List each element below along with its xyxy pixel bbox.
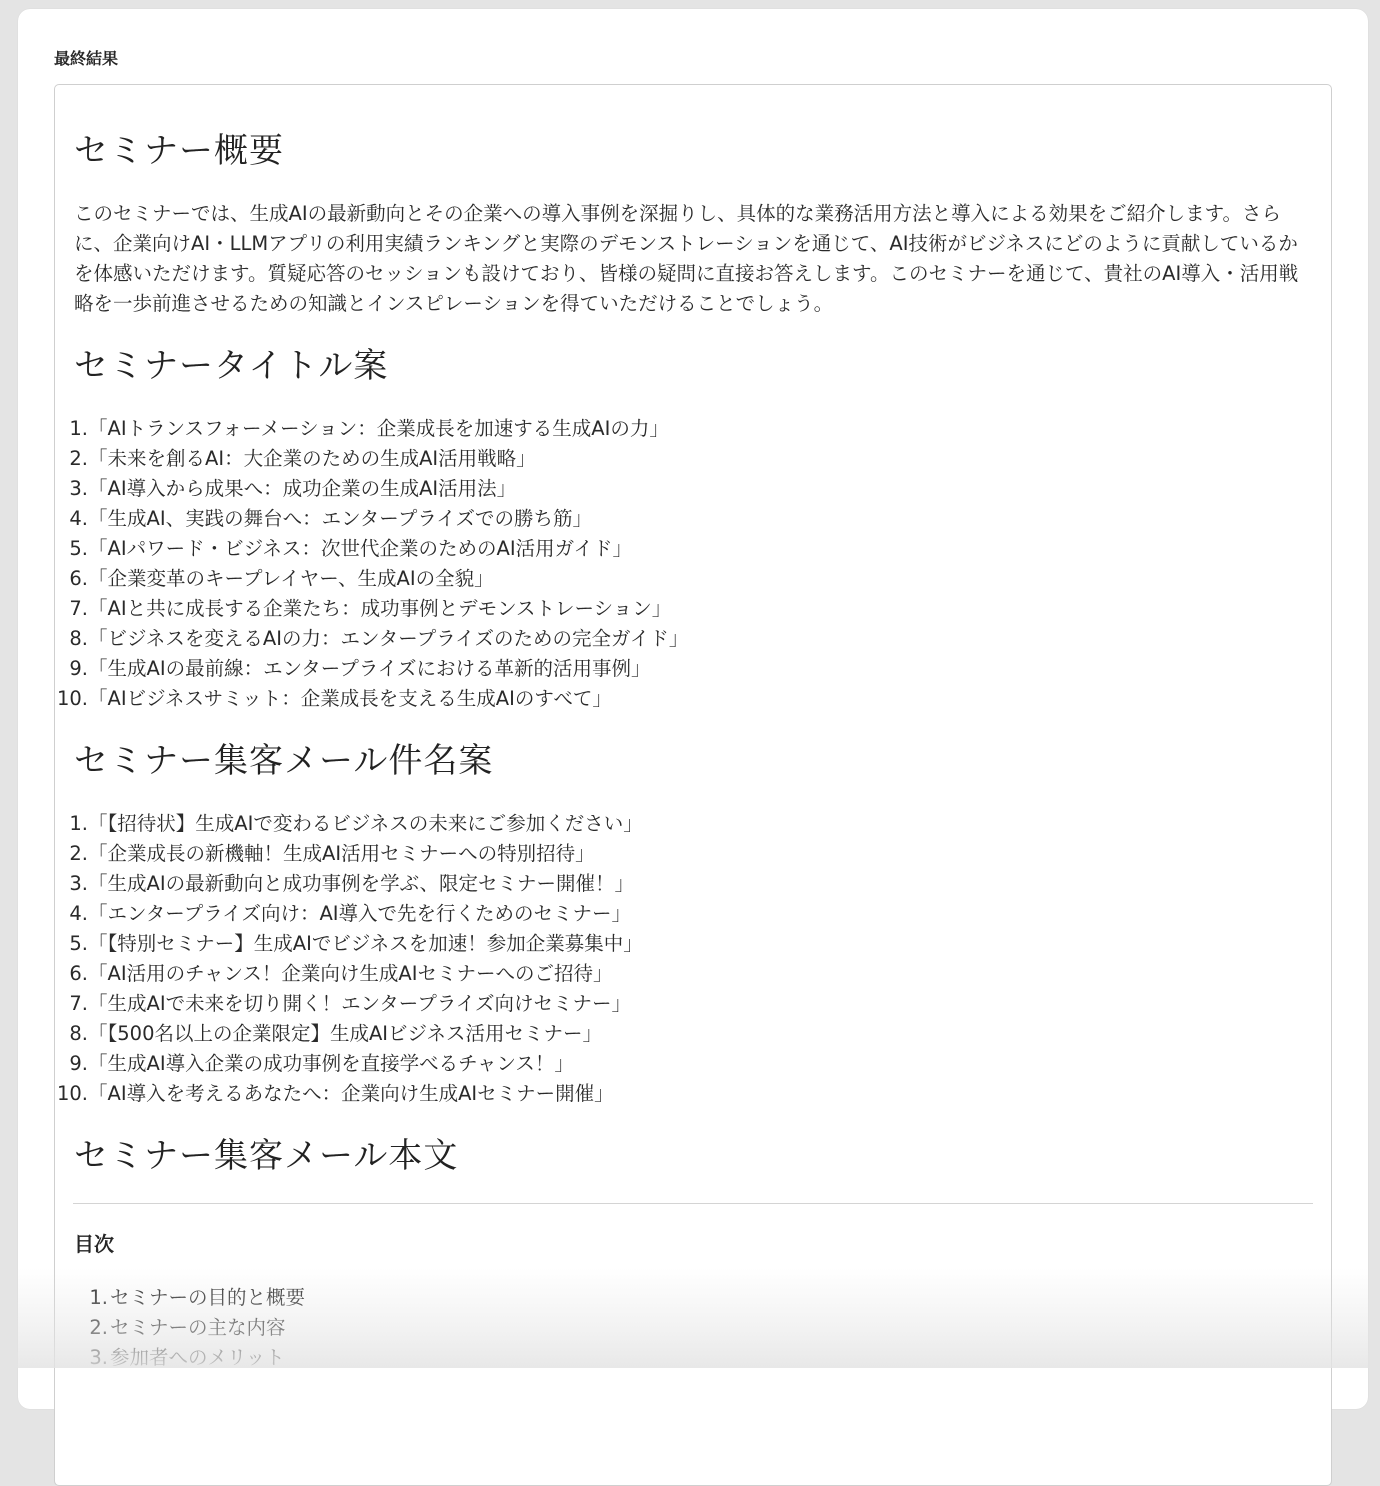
subject-item: 3.「生成AIの最新動向と成功事例を学ぶ、限定セミナー開催！」: [56, 869, 643, 899]
title-item: 6.「企業変革のキープレイヤー、生成AIの全貌」: [56, 564, 688, 594]
subject-item: 6.「AI活用のチャンス！企業向け生成AIセミナーへのご招待」: [56, 959, 643, 989]
title-item: 9.「生成AIの最前線：エンタープライズにおける革新的活用事例」: [56, 654, 688, 684]
subject-item: 10.「AI導入を考えるあなたへ：企業向け生成AIセミナー開催」: [56, 1079, 643, 1109]
title-item: 1.「AIトランスフォーメーション：企業成長を加速する生成AIの力」: [56, 414, 688, 444]
subject-item: 4.「エンタープライズ向け：AI導入で先を行くためのセミナー」: [56, 899, 643, 929]
title-item: 3.「AI導入から成果へ：成功企業の生成AI活用法」: [56, 474, 688, 504]
toc-item: 3.参加者へのメリット: [74, 1343, 305, 1368]
titles-list: 1.「AIトランスフォーメーション：企業成長を加速する生成AIの力」 2.「未来…: [56, 414, 688, 714]
toc-item: 1.セミナーの目的と概要: [74, 1283, 305, 1313]
subject-item: 1.「【招待状】生成AIで変わるビジネスの未来にご参加ください」: [56, 809, 643, 839]
subject-item: 8.「【500名以上の企業限定】生成AIビジネス活用セミナー」: [56, 1019, 643, 1049]
subjects-list: 1.「【招待状】生成AIで変わるビジネスの未来にご参加ください」 2.「企業成長…: [56, 809, 643, 1109]
toc-list: 1.セミナーの目的と概要 2.セミナーの主な内容 3.参加者へのメリット: [74, 1283, 305, 1368]
subjects-heading: セミナー集客メール件名案: [74, 739, 493, 783]
titles-heading: セミナータイトル案: [74, 344, 388, 388]
result-content-box: セミナー概要 このセミナーでは、生成AIの最新動向とその企業への導入事例を深掘り…: [54, 84, 1332, 1368]
title-item: 4.「生成AI、実践の舞台へ：エンタープライズでの勝ち筋」: [56, 504, 688, 534]
title-item: 2.「未来を創るAI：大企業のための生成AI活用戦略」: [56, 444, 688, 474]
title-item: 8.「ビジネスを変えるAIの力：エンタープライズのための完全ガイド」: [56, 624, 688, 654]
subject-item: 9.「生成AI導入企業の成功事例を直接学べるチャンス！」: [56, 1049, 643, 1079]
subject-item: 7.「生成AIで未来を切り開く！エンタープライズ向けセミナー」: [56, 989, 643, 1019]
title-item: 5.「AIパワード・ビジネス：次世代企業のためのAI活用ガイド」: [56, 534, 688, 564]
toc-heading: 目次: [74, 1229, 114, 1259]
toc-item: 2.セミナーの主な内容: [74, 1313, 305, 1343]
result-card: 最終結果 セミナー概要 このセミナーでは、生成AIの最新動向とその企業への導入事…: [18, 9, 1368, 1368]
email-body-heading: セミナー集客メール本文: [74, 1134, 458, 1178]
subject-item: 2.「企業成長の新機軸！生成AI活用セミナーへの特別招待」: [56, 839, 643, 869]
subject-item: 5.「【特別セミナー】生成AIでビジネスを加速！参加企業募集中」: [56, 929, 643, 959]
final-result-label: 最終結果: [54, 48, 118, 70]
overview-heading: セミナー概要: [74, 129, 284, 173]
title-item: 10.「AIビジネスサミット：企業成長を支える生成AIのすべて」: [56, 684, 688, 714]
section-divider: [73, 1203, 1313, 1204]
title-item: 7.「AIと共に成長する企業たち：成功事例とデモンストレーション」: [56, 594, 688, 624]
overview-paragraph: このセミナーでは、生成AIの最新動向とその企業への導入事例を深掘りし、具体的な業…: [74, 199, 1314, 319]
